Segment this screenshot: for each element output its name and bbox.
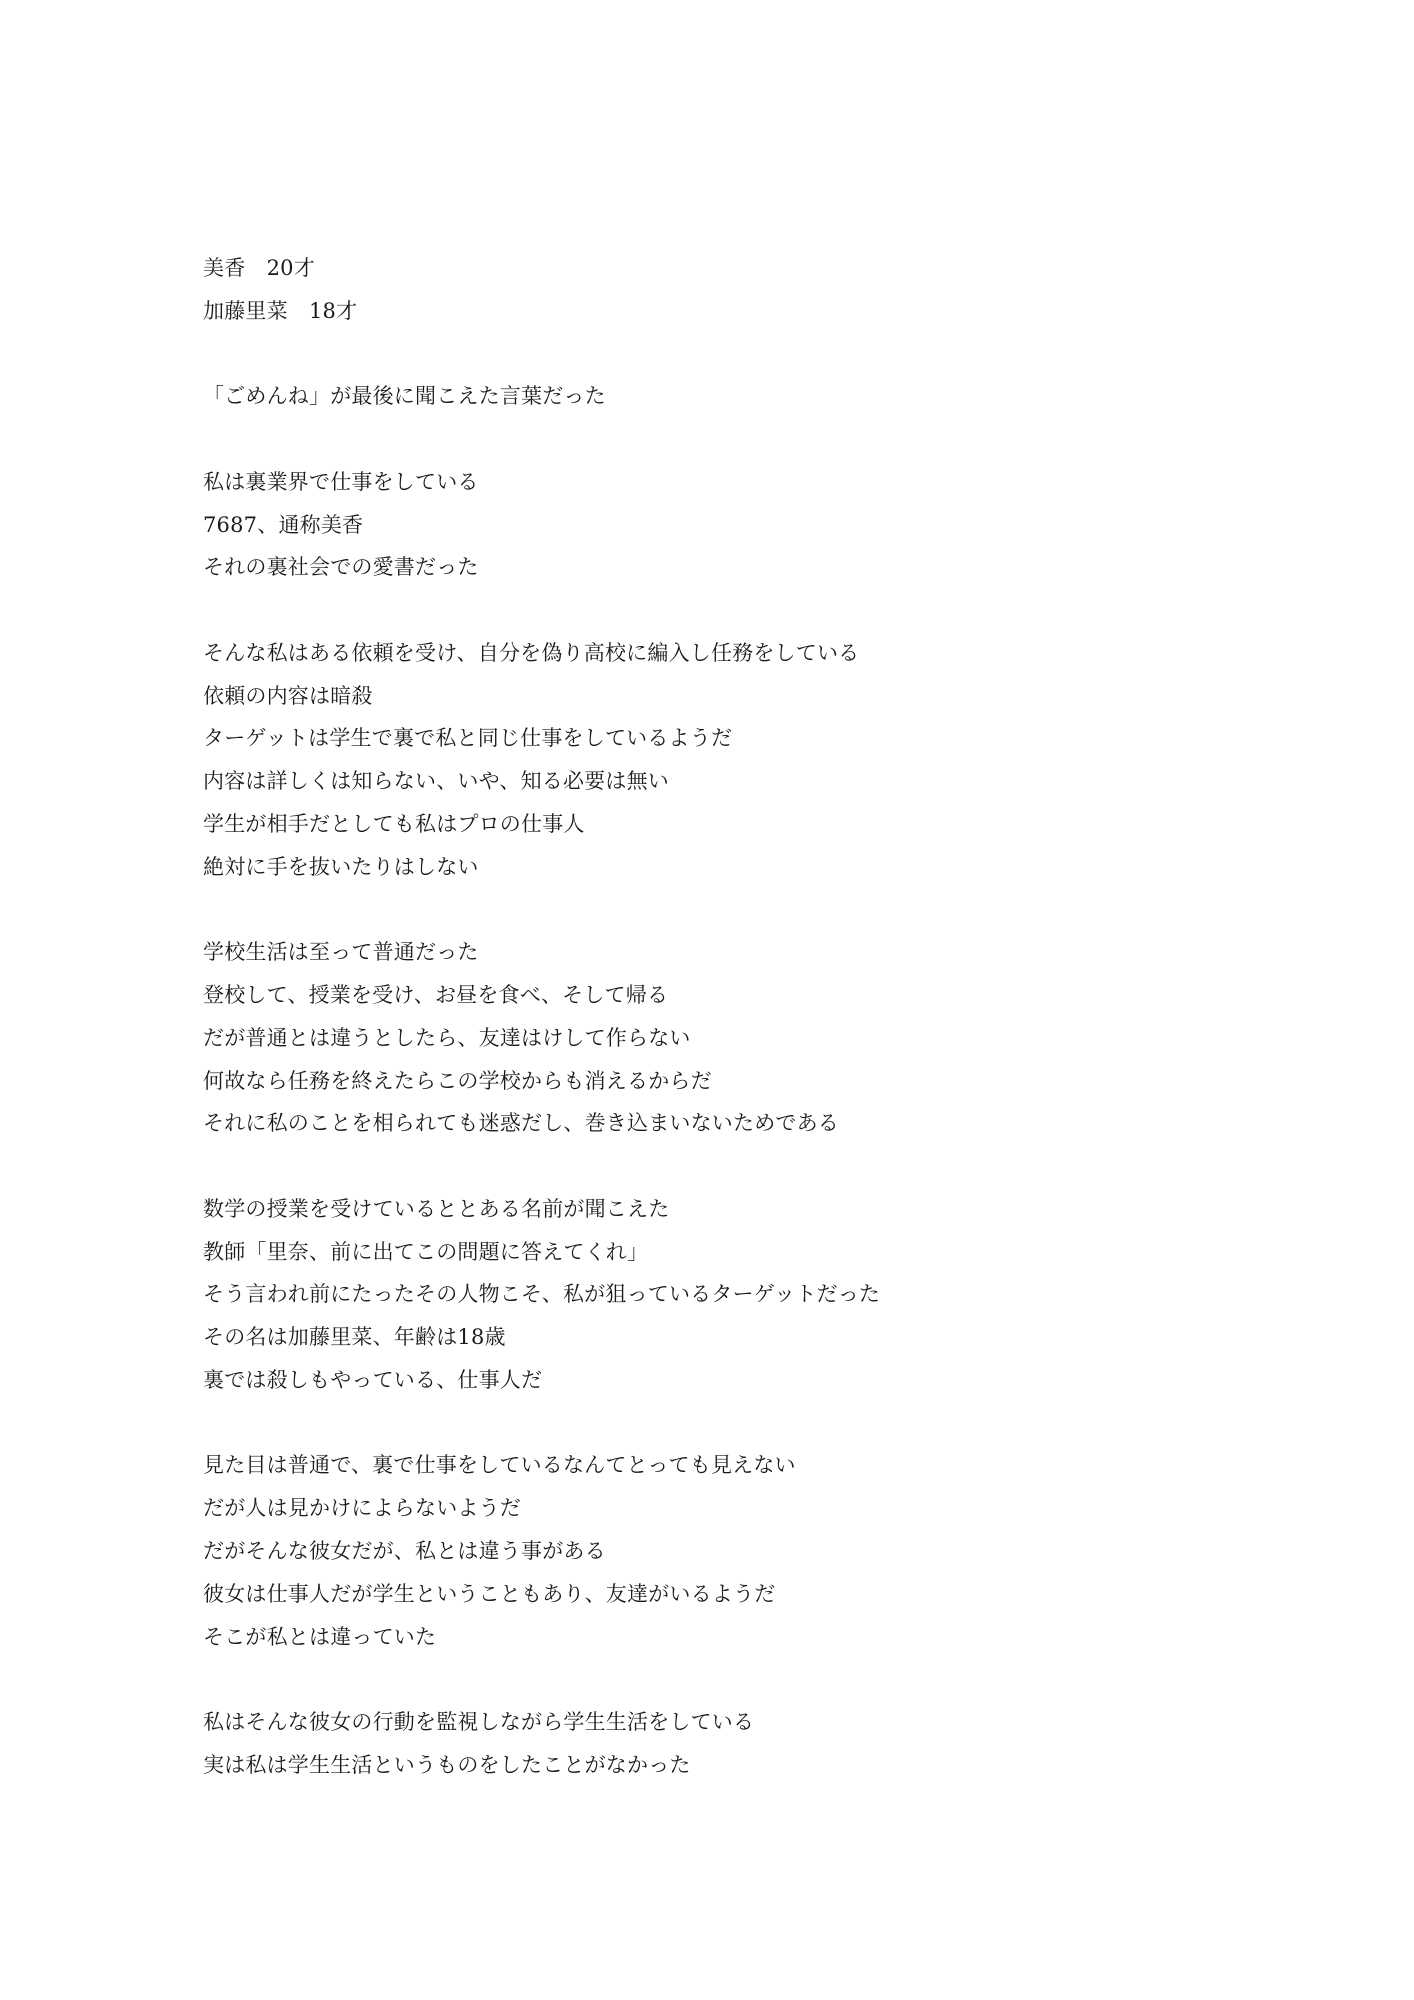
blank-line [203,333,1213,376]
text-line: 内容は詳しくは知らない、いや、知る必要は無い [203,760,1213,803]
text-line: そんな私はある依頼を受け、自分を偽り高校に編入し任務をしている [203,632,1213,675]
blank-line [203,1145,1213,1188]
text-line: 私はそんな彼女の行動を監視しながら学生生活をしている [203,1701,1213,1744]
text-line: ターゲットは学生で裏で私と同じ仕事をしているようだ [203,717,1213,760]
text-line: そう言われ前にたったその人物こそ、私が狙っているターゲットだった [203,1273,1213,1316]
blank-line [203,888,1213,931]
character-line: 加藤里菜 18才 [203,290,1213,333]
text-line: 絶対に手を抜いたりはしない [203,846,1213,889]
text-line: 7687、通称美香 [203,504,1213,547]
text-line: だがそんな彼女だが、私とは違う事がある [203,1530,1213,1573]
paragraph: 数学の授業を受けているととある名前が聞こえた 教師「里奈、前に出てこの問題に答え… [203,1188,1213,1402]
paragraph: 私はそんな彼女の行動を監視しながら学生生活をしている 実は私は学生生活というもの… [203,1701,1213,1787]
blank-line [203,418,1213,461]
text-line: 何故なら任務を終えたらこの学校からも消えるからだ [203,1060,1213,1103]
dialogue-line: 教師「里奈、前に出てこの問題に答えてくれ」 [203,1231,1213,1274]
blank-line [203,589,1213,632]
text-line: 裏では殺しもやっている、仕事人だ [203,1359,1213,1402]
text-line: 彼女は仕事人だが学生ということもあり、友達がいるようだ [203,1573,1213,1616]
blank-line [203,1402,1213,1445]
text-line: 私は裏業界で仕事をしている [203,461,1213,504]
text-line: その名は加藤里菜、年齢は18歳 [203,1316,1213,1359]
text-line: そこが私とは違っていた [203,1616,1213,1659]
text-line: 学校生活は至って普通だった [203,931,1213,974]
document-body: 美香 20才 加藤里菜 18才 「ごめんね」が最後に聞こえた言葉だった 私は裏業… [203,247,1213,1787]
text-line: 数学の授業を受けているととある名前が聞こえた [203,1188,1213,1231]
blank-line [203,1658,1213,1701]
text-line: だが人は見かけによらないようだ [203,1487,1213,1530]
paragraph: 「ごめんね」が最後に聞こえた言葉だった [203,375,1213,418]
text-line: 学生が相手だとしても私はプロの仕事人 [203,803,1213,846]
character-line: 美香 20才 [203,247,1213,290]
text-line: 実は私は学生生活というものをしたことがなかった [203,1744,1213,1787]
paragraph: そんな私はある依頼を受け、自分を偽り高校に編入し任務をしている 依頼の内容は暗殺… [203,632,1213,889]
document-page: 美香 20才 加藤里菜 18才 「ごめんね」が最後に聞こえた言葉だった 私は裏業… [0,0,1414,2000]
paragraph: 私は裏業界で仕事をしている 7687、通称美香 それの裏社会での愛書だった [203,461,1213,589]
text-line: それの裏社会での愛書だった [203,546,1213,589]
text-line: それに私のことを相られても迷惑だし、巻き込まいないためである [203,1102,1213,1145]
paragraph: 見た目は普通で、裏で仕事をしているなんてとっても見えない だが人は見かけによらな… [203,1444,1213,1658]
text-line: 登校して、授業を受け、お昼を食べ、そして帰る [203,974,1213,1017]
text-line: 「ごめんね」が最後に聞こえた言葉だった [203,375,1213,418]
character-list: 美香 20才 加藤里菜 18才 [203,247,1213,333]
text-line: だが普通とは違うとしたら、友達はけして作らない [203,1017,1213,1060]
text-line: 依頼の内容は暗殺 [203,675,1213,718]
paragraph: 学校生活は至って普通だった 登校して、授業を受け、お昼を食べ、そして帰る だが普… [203,931,1213,1145]
text-line: 見た目は普通で、裏で仕事をしているなんてとっても見えない [203,1444,1213,1487]
